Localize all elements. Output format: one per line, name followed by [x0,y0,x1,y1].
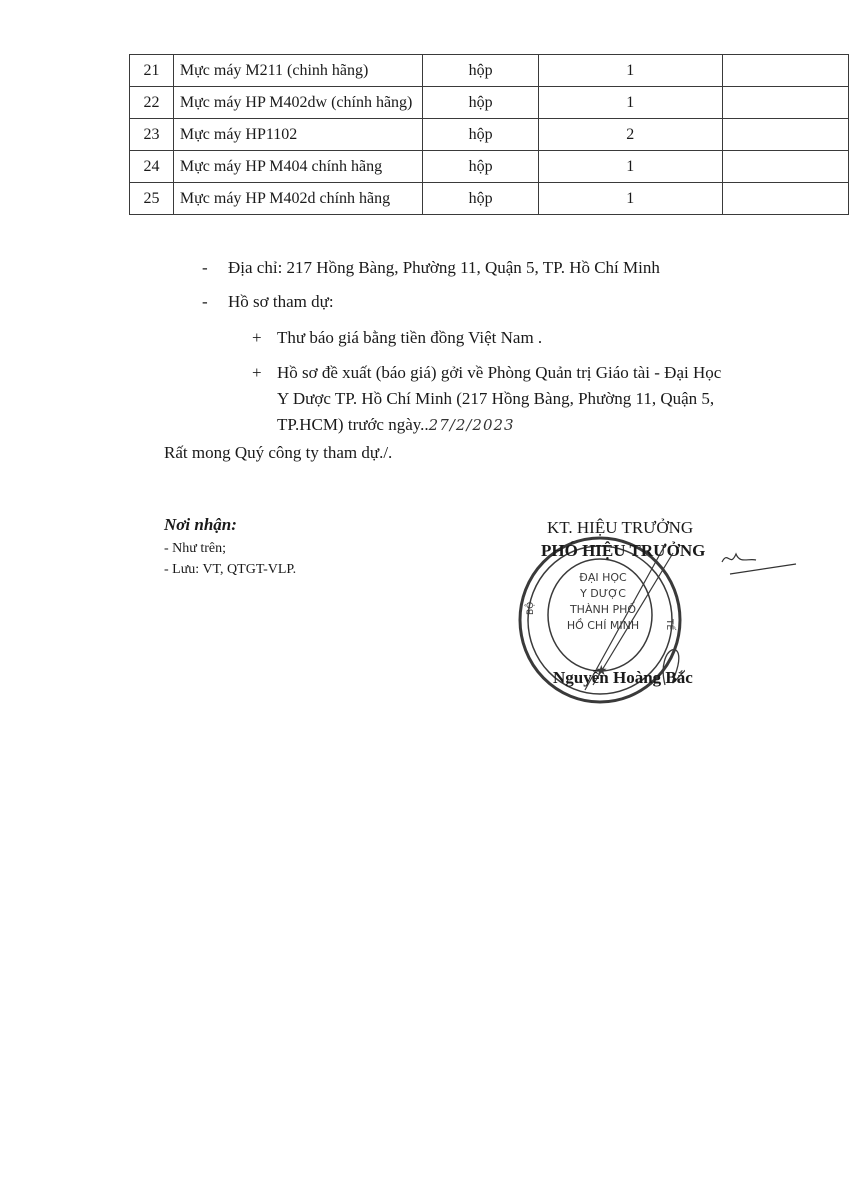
dossier-item-2-line1: Hồ sơ đề xuất (báo giá) gởi về Phòng Quả… [277,363,721,383]
dossier-title: Hồ sơ tham dự: [228,292,334,312]
item-name: Mực máy M211 (chinh hãng) [173,55,423,87]
signature-title-line2: PHÓ HIỆU TRƯỞNG [541,541,705,561]
item-unit: hộp [423,151,538,183]
item-name: Mực máy HP1102 [173,119,423,151]
item-note [722,183,848,215]
svg-text:BỘ: BỘ [524,602,536,615]
row-number: 21 [130,55,174,87]
row-number: 25 [130,183,174,215]
recipients-title: Nơi nhận: [164,515,237,535]
bullet-plus: + [252,328,262,348]
item-quantity: 1 [538,151,722,183]
svg-text:Y DƯỢC: Y DƯỢC [579,587,626,600]
item-note [722,151,848,183]
bullet-plus: + [252,363,262,383]
svg-text:THÀNH PHỐ: THÀNH PHỐ [569,602,636,616]
signer-name: Nguyễn Hoàng Bắc [553,668,693,688]
signature-title-line1: KT. HIỆU TRƯỞNG [547,518,693,538]
item-note [722,55,848,87]
table-row: 21Mực máy M211 (chinh hãng)hộp1 [130,55,849,87]
bullet-dash: - [202,292,208,312]
item-note [722,87,848,119]
svg-text:TẾ: TẾ [664,618,676,630]
item-quantity: 1 [538,183,722,215]
bullet-dash: - [202,258,208,278]
recipient-item: - Lưu: VT, QTGT-VLP. [164,562,296,578]
item-name: Mực máy HP M404 chính hãng [173,151,423,183]
item-quantity: 1 [538,55,722,87]
item-quantity: 1 [538,87,722,119]
recipient-item: - Như trên; [164,541,226,557]
dossier-item-1: Thư báo giá bằng tiền đồng Việt Nam . [277,328,542,348]
signature-flourish-icon [720,540,800,580]
item-unit: hộp [423,183,538,215]
deadline-handwritten: 27/2/2023 [429,416,515,434]
row-number: 24 [130,151,174,183]
table-row: 25Mực máy HP M402d chính hãnghộp1 [130,183,849,215]
closing-text: Rất mong Quý công ty tham dự./. [164,443,392,463]
address-text: Địa chỉ: 217 Hồng Bàng, Phường 11, Quận … [228,258,660,278]
deadline-label: TP.HCM) trước ngày.. [277,415,429,434]
dossier-item-2-line3: TP.HCM) trước ngày..27/2/2023 [277,415,515,435]
item-unit: hộp [423,119,538,151]
item-unit: hộp [423,55,538,87]
item-note [722,119,848,151]
item-name: Mực máy HP M402d chính hãng [173,183,423,215]
svg-text:ĐẠI HỌC: ĐẠI HỌC [579,571,627,584]
table-row: 23Mực máy HP1102hộp2 [130,119,849,151]
item-name: Mực máy HP M402dw (chính hãng) [173,87,423,119]
table-row: 24Mực máy HP M404 chính hãnghộp1 [130,151,849,183]
table-row: 22Mực máy HP M402dw (chính hãng)hộp1 [130,87,849,119]
row-number: 23 [130,119,174,151]
svg-text:HỒ CHÍ MINH: HỒ CHÍ MINH [567,618,639,632]
row-number: 22 [130,87,174,119]
item-quantity: 2 [538,119,722,151]
item-table: 21Mực máy M211 (chinh hãng)hộp122Mực máy… [129,54,849,215]
item-unit: hộp [423,87,538,119]
dossier-item-2-line2: Y Dược TP. Hồ Chí Minh (217 Hồng Bàng, P… [277,389,714,409]
